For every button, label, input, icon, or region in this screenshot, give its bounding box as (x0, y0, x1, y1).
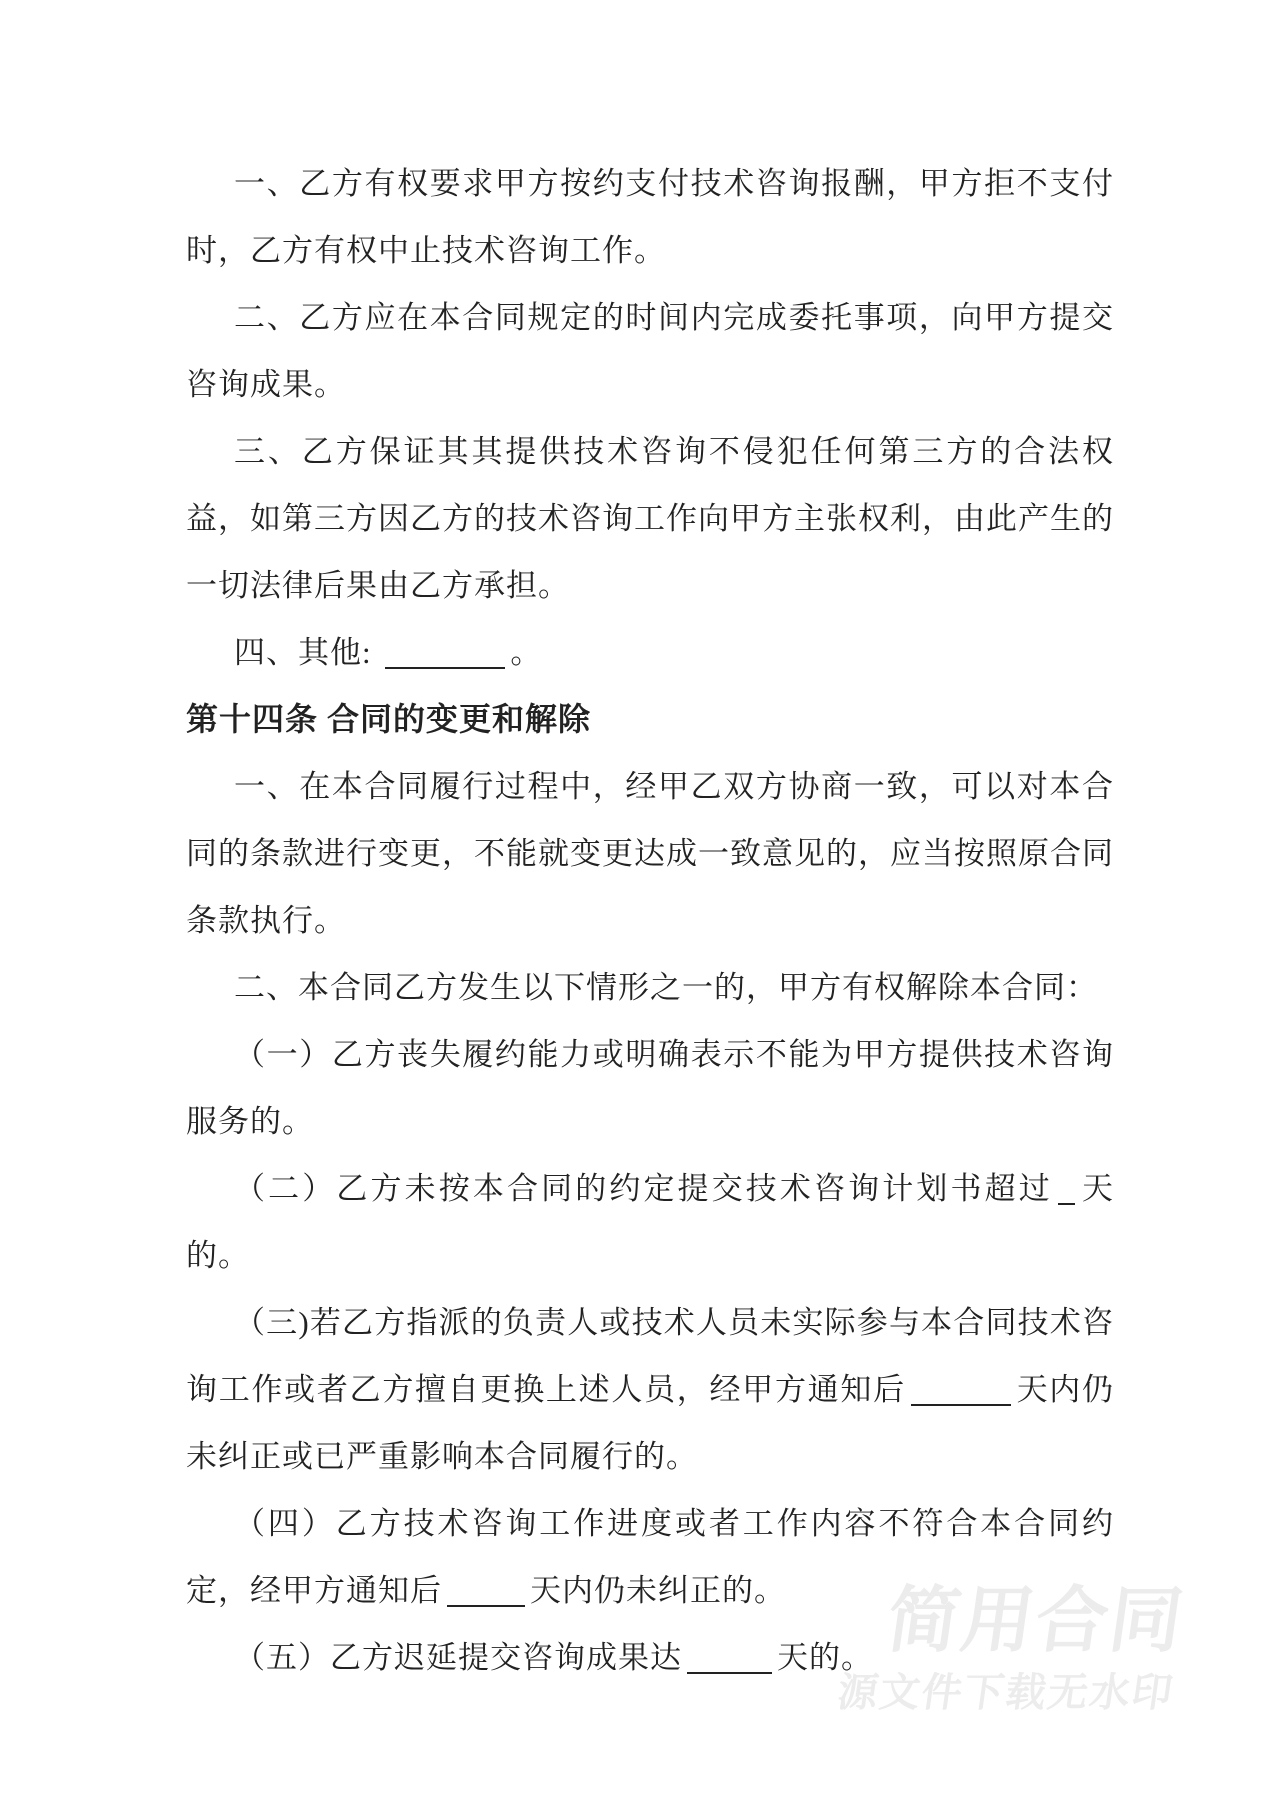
contract-paragraph: 一、在本合同履行过程中，经甲乙双方协商一致，可以对本合同的条款进行变更，不能就变… (186, 753, 1114, 954)
contract-paragraph: 一、乙方有权要求甲方按约支付技术咨询报酬，甲方拒不支付时，乙方有权中止技术咨询工… (186, 150, 1114, 284)
contract-paragraph: （五）乙方迟延提交咨询成果达天的。 (186, 1624, 1114, 1691)
contract-body: 一、乙方有权要求甲方按约支付技术咨询报酬，甲方拒不支付时，乙方有权中止技术咨询工… (186, 150, 1114, 1691)
text-run: 二、乙方应在本合同规定的时间内完成委托事项，向甲方提交咨询成果。 (186, 300, 1114, 402)
text-run: 天内仍未纠正的。 (530, 1573, 786, 1608)
text-run: 第十四条 合同的变更和解除 (186, 701, 591, 737)
fill-in-blank (1058, 1173, 1075, 1205)
text-run: 三、乙方保证其其提供技术咨询不侵犯任何第三方的合法权益，如第三方因乙方的技术咨询… (186, 434, 1114, 603)
fill-in-blank (385, 637, 505, 669)
text-run: 一、在本合同履行过程中，经甲乙双方协商一致，可以对本合同的条款进行变更，不能就变… (186, 769, 1114, 938)
fill-in-blank (911, 1374, 1011, 1406)
contract-paragraph: 二、本合同乙方发生以下情形之一的，甲方有权解除本合同： (186, 954, 1114, 1021)
contract-paragraph: （四）乙方技术咨询工作进度或者工作内容不符合本合同约定，经甲方通知后天内仍未纠正… (186, 1490, 1114, 1624)
text-run: 二、本合同乙方发生以下情形之一的，甲方有权解除本合同： (234, 970, 1098, 1005)
text-run: 一、乙方有权要求甲方按约支付技术咨询报酬，甲方拒不支付时，乙方有权中止技术咨询工… (186, 166, 1114, 268)
text-run: 四、其他: (234, 635, 380, 670)
fill-in-blank (687, 1642, 772, 1674)
contract-paragraph: 二、乙方应在本合同规定的时间内完成委托事项，向甲方提交咨询成果。 (186, 284, 1114, 418)
contract-paragraph: （三)若乙方指派的负责人或技术人员未实际参与本合同技术咨询工作或者乙方擅自更换上… (186, 1289, 1114, 1490)
text-run: （一）乙方丧失履约能力或明确表示不能为甲方提供技术咨询服务的。 (186, 1037, 1114, 1139)
contract-paragraph: （一）乙方丧失履约能力或明确表示不能为甲方提供技术咨询服务的。 (186, 1021, 1114, 1155)
text-run: 天的。 (777, 1640, 873, 1675)
section-heading: 第十四条 合同的变更和解除 (186, 686, 1114, 753)
fill-in-blank (447, 1575, 525, 1607)
text-run: （五）乙方迟延提交咨询成果达 (234, 1640, 682, 1675)
text-run: （二）乙方未按本合同的约定提交技术咨询计划书超过 (234, 1171, 1053, 1206)
text-run: 。 (510, 635, 542, 670)
contract-paragraph: （二）乙方未按本合同的约定提交技术咨询计划书超过天的。 (186, 1155, 1114, 1289)
document-page: 一、乙方有权要求甲方按约支付技术咨询报酬，甲方拒不支付时，乙方有权中止技术咨询工… (0, 0, 1280, 1810)
contract-paragraph: 四、其他: 。 (186, 619, 1114, 686)
contract-paragraph: 三、乙方保证其其提供技术咨询不侵犯任何第三方的合法权益，如第三方因乙方的技术咨询… (186, 418, 1114, 619)
